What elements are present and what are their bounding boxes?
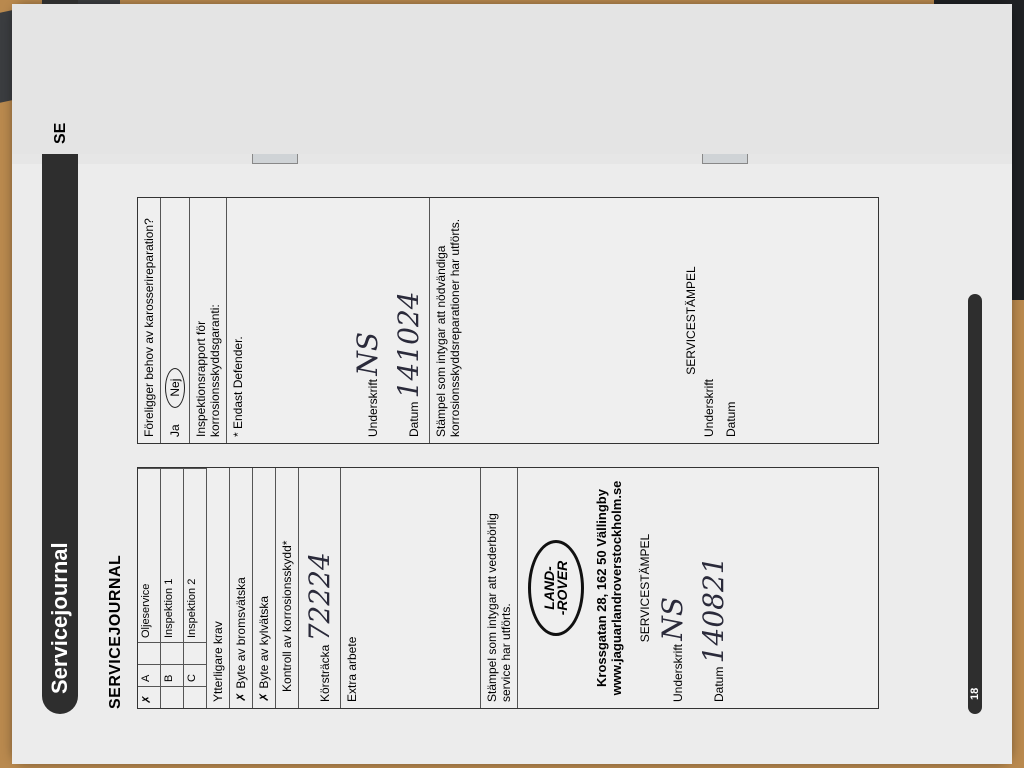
yes-option[interactable]: Ja [168, 424, 182, 437]
date-value: 141024 [392, 291, 425, 398]
page-number-bar: 18 [968, 294, 982, 714]
date-label-2: Datum [720, 198, 742, 443]
stamp-label: SERVICESTÄMPEL [684, 198, 698, 443]
signature-value: NS [656, 597, 689, 641]
date-value: 140821 [697, 556, 730, 663]
code-b: B [161, 664, 184, 686]
signature-label-2: Underskrift [698, 198, 720, 443]
signature-value: NS [351, 332, 384, 376]
signature-label: Underskrift [366, 379, 380, 437]
extra-brake-fluid[interactable]: ✗ Byte av bromsvätska [230, 468, 253, 708]
date-row: Datum 140821 [693, 468, 734, 708]
corrosion-stamp-statement: Stämpel som intygar att nödvändiga korro… [430, 198, 670, 443]
dealer-address: Krossgatan 28, 162 50 Vällingby [594, 468, 609, 708]
page-number: 18 [969, 688, 981, 700]
land-rover-logo: LAND--ROVER [528, 540, 584, 636]
service-type-label: Inspektion 1 [161, 468, 184, 642]
stamp-statement: Stämpel som intygar att vederbörlig serv… [481, 468, 518, 708]
code-c: C [184, 664, 207, 686]
service-type-grid: ✗AOljeservice BInspektion 1 CInspektion … [138, 468, 207, 708]
journal-title: SERVICEJOURNAL [107, 555, 125, 709]
extra-corrosion[interactable]: Kontroll av korrosionsskydd* [276, 468, 299, 708]
report-label: Inspektionsrapport för korrosionsskyddsg… [190, 198, 227, 443]
next-page-title: SE [12, 4, 110, 154]
mileage-label: Körsträcka [318, 645, 332, 702]
extra-label: Byte av bromsvätska [234, 577, 248, 688]
corrosion-box: Föreligger behov av karosserireparation?… [137, 197, 879, 444]
page-left: Servicejournal 18 SERVICEJOURNAL ✗AOljes… [12, 164, 1012, 764]
stamp-label: SERVICESTÄMPEL [638, 468, 652, 708]
check-a[interactable]: ✗ [138, 686, 161, 708]
extra-work-row: Extra arbete [341, 468, 481, 708]
code-a: A [138, 664, 161, 686]
service-entry-box: ✗AOljeservice BInspektion 1 CInspektion … [137, 467, 879, 709]
date-label: Datum [712, 667, 726, 702]
extra-label: Byte av kylvätska [257, 596, 271, 689]
mileage-value: 72224 [303, 552, 336, 641]
section-tab-label: Servicejournal [47, 542, 72, 694]
yes-no-row: Ja Nej [161, 198, 190, 443]
no-option[interactable]: Nej [165, 368, 185, 408]
date-row: Datum 141024 [388, 198, 430, 443]
extra-requirements-label: Ytterligare krav [207, 468, 230, 708]
footnote: * Endast Defender. [227, 198, 347, 443]
body-repair-question: Föreligger behov av karosserireparation? [138, 198, 161, 443]
date-label: Datum [407, 402, 421, 437]
check-b[interactable] [161, 686, 184, 708]
extra-label: Kontroll av korrosionsskydd* [280, 541, 294, 692]
check-c[interactable] [184, 686, 207, 708]
extra-coolant[interactable]: ✗ Byte av kylvätska [253, 468, 276, 708]
signature-row: Underskrift NS [347, 198, 388, 443]
service-type-label: Inspektion 2 [184, 468, 207, 642]
service-booklet: Servicejournal 18 SERVICEJOURNAL ✗AOljes… [12, 4, 1012, 764]
page-right-partial: SE [12, 4, 1012, 154]
signature-row: Underskrift NS [652, 468, 693, 708]
signature-label: Underskrift [671, 644, 685, 702]
dealer-website: www.jaguarlandroverstockholm.se [609, 468, 624, 708]
extra-work-label: Extra arbete [345, 637, 359, 702]
mileage-row: Körsträcka 72224 [299, 468, 341, 708]
service-type-label: Oljeservice [138, 468, 161, 642]
